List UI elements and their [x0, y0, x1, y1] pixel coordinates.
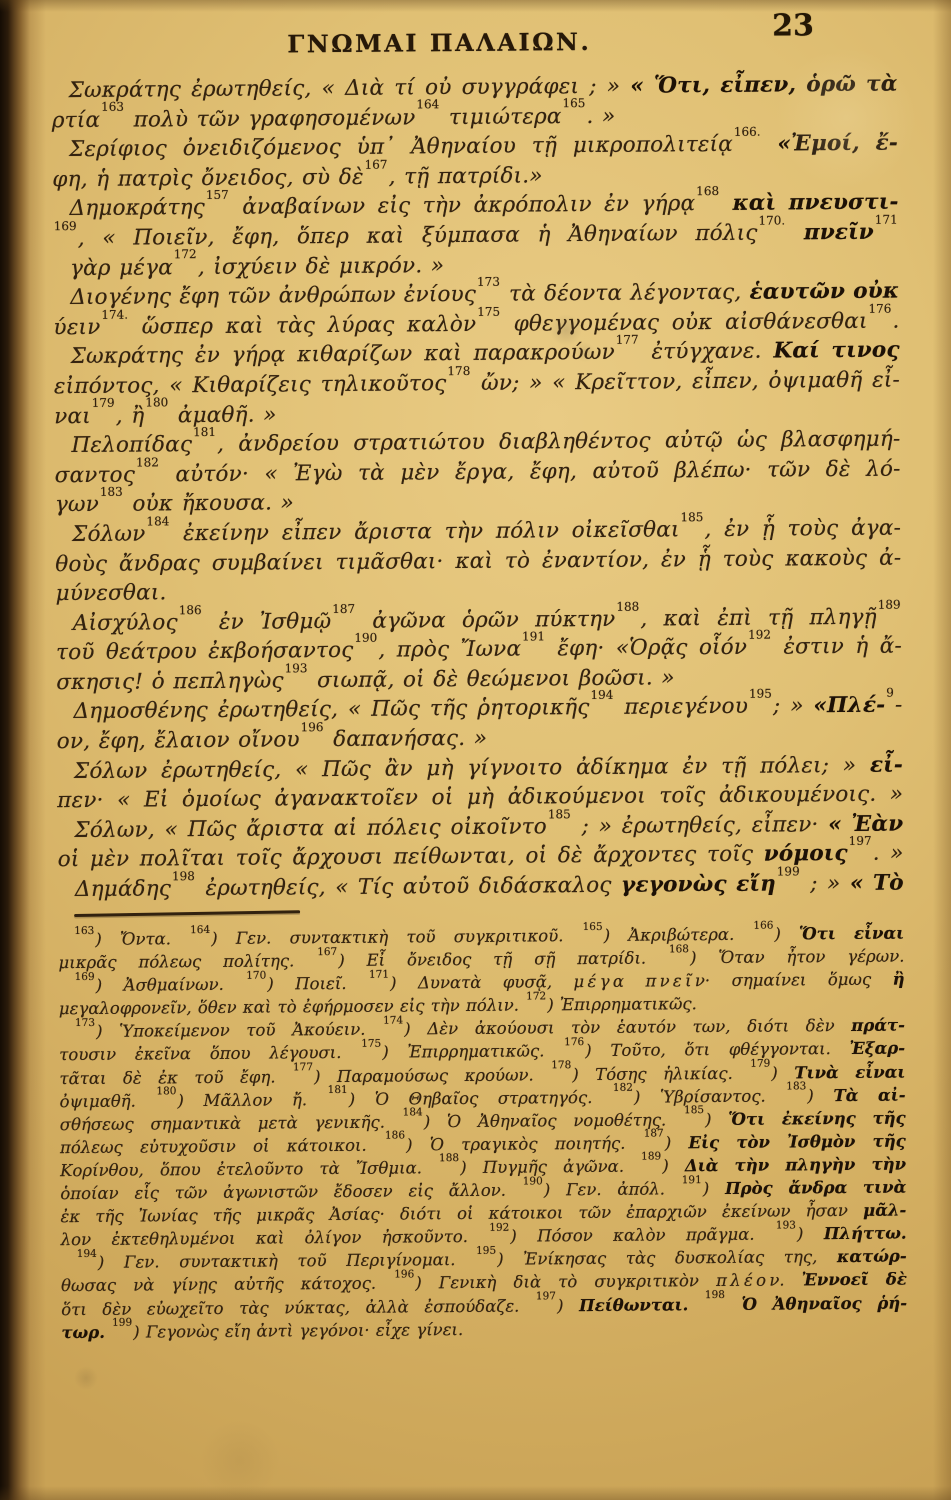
- main-text-block: Σωκράτηςἐρωτηθείς,«Διὰτίοὐσυγγράφει;»«Ὅτ…: [52, 70, 904, 905]
- footnotes-block: 163)Ὄντα.164)Γεν.συντακτικὴτοῦσυγκριτικο…: [58, 922, 907, 1344]
- page-content: ΓΝΩΜΑΙ ΠΑΛΑΙΩΝ. 23 Σωκράτηςἐρωτηθείς,«Δι…: [0, 0, 951, 1500]
- footnote-separator: [74, 910, 300, 917]
- page-number: 23: [772, 8, 814, 43]
- scanned-book-page: ΓΝΩΜΑΙ ΠΑΛΑΙΩΝ. 23 Σωκράτηςἐρωτηθείς,«Δι…: [0, 0, 951, 1500]
- page-title: ΓΝΩΜΑΙ ΠΑΛΑΙΩΝ.: [0, 25, 885, 61]
- main-text-line: Δημάδης198ἐρωτηθείς,«Τίςαὐτοῦδιδάσκαλοςγ…: [58, 869, 904, 905]
